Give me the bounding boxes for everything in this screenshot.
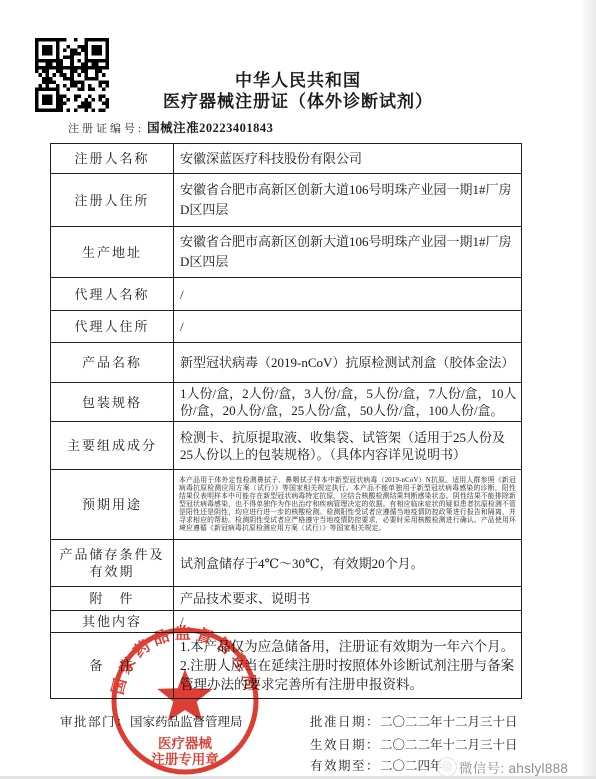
- row-label: 代理人住所: [51, 311, 174, 342]
- row-value: /: [174, 278, 521, 310]
- approval-date: 批准日期：二〇二二年十二月三十日: [310, 712, 518, 730]
- table-row-production-address: 生产地址 安徽省合肥市高新区创新大道106号明珠产业园一期1#厂房D区四层: [51, 227, 521, 278]
- table-row-registrant-name: 注册人名称 安徽深蓝医疗科技股份有限公司: [51, 144, 521, 174]
- row-value: /: [174, 611, 521, 632]
- table-row-agent-address: 代理人住所 /: [51, 311, 521, 343]
- table-row-other-content: 其他内容 /: [51, 611, 521, 633]
- row-label: 注册人名称: [51, 144, 174, 173]
- expiry-date-label: 有效期至：: [310, 759, 380, 773]
- row-label: 注册人住所: [51, 174, 174, 226]
- table-row-product-name: 产品名称 新型冠状病毒（2019-nCoV）抗原检测试剂盒（胶体金法）: [51, 343, 521, 383]
- row-label: 产品名称: [51, 343, 174, 382]
- table-row-intended-use: 预期用途 本产品用于体外定性检测鼻拭子、鼻咽拭子样本中新型冠状病毒（2019-n…: [51, 470, 521, 540]
- title-line1: 中华人民共和国: [0, 70, 596, 91]
- row-label: 备 注: [51, 633, 174, 698]
- table-row-remarks: 备 注 1.本产品仅为应急储备用，注册证有效期为一年六个月。2.注册人应当在延续…: [51, 633, 521, 698]
- seal-line2: 注册专用章: [151, 751, 219, 767]
- approval-department-value: 国家药品监督管理局: [130, 715, 243, 729]
- row-value: 产品技术要求、说明书: [174, 587, 521, 610]
- row-value: 新型冠状病毒（2019-nCoV）抗原检测试剂盒（胶体金法）: [174, 343, 521, 382]
- row-label: 包装规格: [51, 383, 174, 421]
- row-value: /: [174, 311, 521, 342]
- watermark-text: 微信号: ahslyl888: [459, 757, 568, 777]
- row-label: 预期用途: [51, 470, 174, 539]
- row-value: 试剂盒储存于4℃～30℃，有效期20个月。: [174, 540, 521, 586]
- approval-department-label: 审批部门：: [60, 715, 130, 729]
- expiry-date: 有效期至：二〇二四年: [310, 756, 443, 774]
- title-line2: 医疗器械注册证（体外诊断试剂）: [0, 91, 596, 112]
- row-value: 安徽省合肥市高新区创新大道106号明珠产业园一期1#厂房D区四层: [174, 227, 521, 277]
- registration-number-value: 国械注准20223401843: [147, 121, 273, 135]
- row-label: 其他内容: [51, 611, 174, 632]
- row-label: 生产地址: [51, 227, 174, 277]
- approval-date-label: 批准日期：: [310, 715, 380, 729]
- table-row-storage-validity: 产品储存条件及有效期 试剂盒储存于4℃～30℃，有效期20个月。: [51, 540, 521, 587]
- row-label: 主要组成成分: [51, 422, 174, 469]
- table-row-registrant-address: 注册人住所 安徽省合肥市高新区创新大道106号明珠产业园一期1#厂房D区四层: [51, 174, 521, 227]
- registration-number-label: 注册证编号:: [68, 123, 144, 135]
- row-value: 1人份/盒，2人份/盒，3人份/盒，5人份/盒，7人份/盒，10人份/盒，20人…: [174, 383, 521, 421]
- effective-date-label: 生效日期：: [310, 738, 380, 752]
- table-row-main-components: 主要组成成分 检测卡、抗原提取液、收集袋、试管架（适用于25人份及25人份以上的…: [51, 422, 521, 470]
- registration-number: 注册证编号: 国械注准20223401843: [68, 118, 273, 136]
- row-value: 1.本产品仅为应急储备用，注册证有效期为一年六个月。2.注册人应当在延续注册时按…: [174, 633, 521, 698]
- row-value: 安徽省合肥市高新区创新大道106号明珠产业园一期1#厂房D区四层: [174, 174, 521, 226]
- row-label: 代理人名称: [51, 278, 174, 310]
- row-value: 安徽深蓝医疗科技股份有限公司: [174, 144, 521, 173]
- row-value: 检测卡、抗原提取液、收集袋、试管架（适用于25人份及25人份以上的包装规格）。（…: [174, 422, 521, 469]
- table-row-agent-name: 代理人名称 /: [51, 278, 521, 311]
- certificate-page: 中华人民共和国 医疗器械注册证（体外诊断试剂） 注册证编号: 国械注准20223…: [0, 0, 596, 779]
- approval-date-value: 二〇二二年十二月三十日: [380, 715, 518, 729]
- row-value: 本产品用于体外定性检测鼻拭子、鼻咽拭子样本中新型冠状病毒（2019-nCoV）N…: [174, 470, 521, 539]
- watermark: 微信号: ahslyl888: [437, 757, 568, 777]
- effective-date: 生效日期：二〇二二年十二月三十日: [310, 735, 518, 753]
- seal-line1: 医疗器械: [158, 735, 212, 751]
- certificate-table: 注册人名称 安徽深蓝医疗科技股份有限公司 注册人住所 安徽省合肥市高新区创新大道…: [50, 143, 522, 699]
- effective-date-value: 二〇二二年十二月三十日: [380, 738, 518, 752]
- table-row-packaging-spec: 包装规格 1人份/盒，2人份/盒，3人份/盒，5人份/盒，7人份/盒，10人份/…: [51, 383, 521, 422]
- watermark-logo-icon: [437, 757, 457, 777]
- expiry-date-value: 二〇二四年: [380, 759, 443, 773]
- row-label: 产品储存条件及有效期: [51, 540, 174, 586]
- certificate-title: 中华人民共和国 医疗器械注册证（体外诊断试剂）: [0, 70, 596, 112]
- page-edge-right: [580, 0, 596, 779]
- approval-department: 审批部门：国家药品监督管理局: [60, 712, 243, 730]
- table-row-attachments: 附 件 产品技术要求、说明书: [51, 587, 521, 611]
- row-label: 附 件: [51, 587, 174, 610]
